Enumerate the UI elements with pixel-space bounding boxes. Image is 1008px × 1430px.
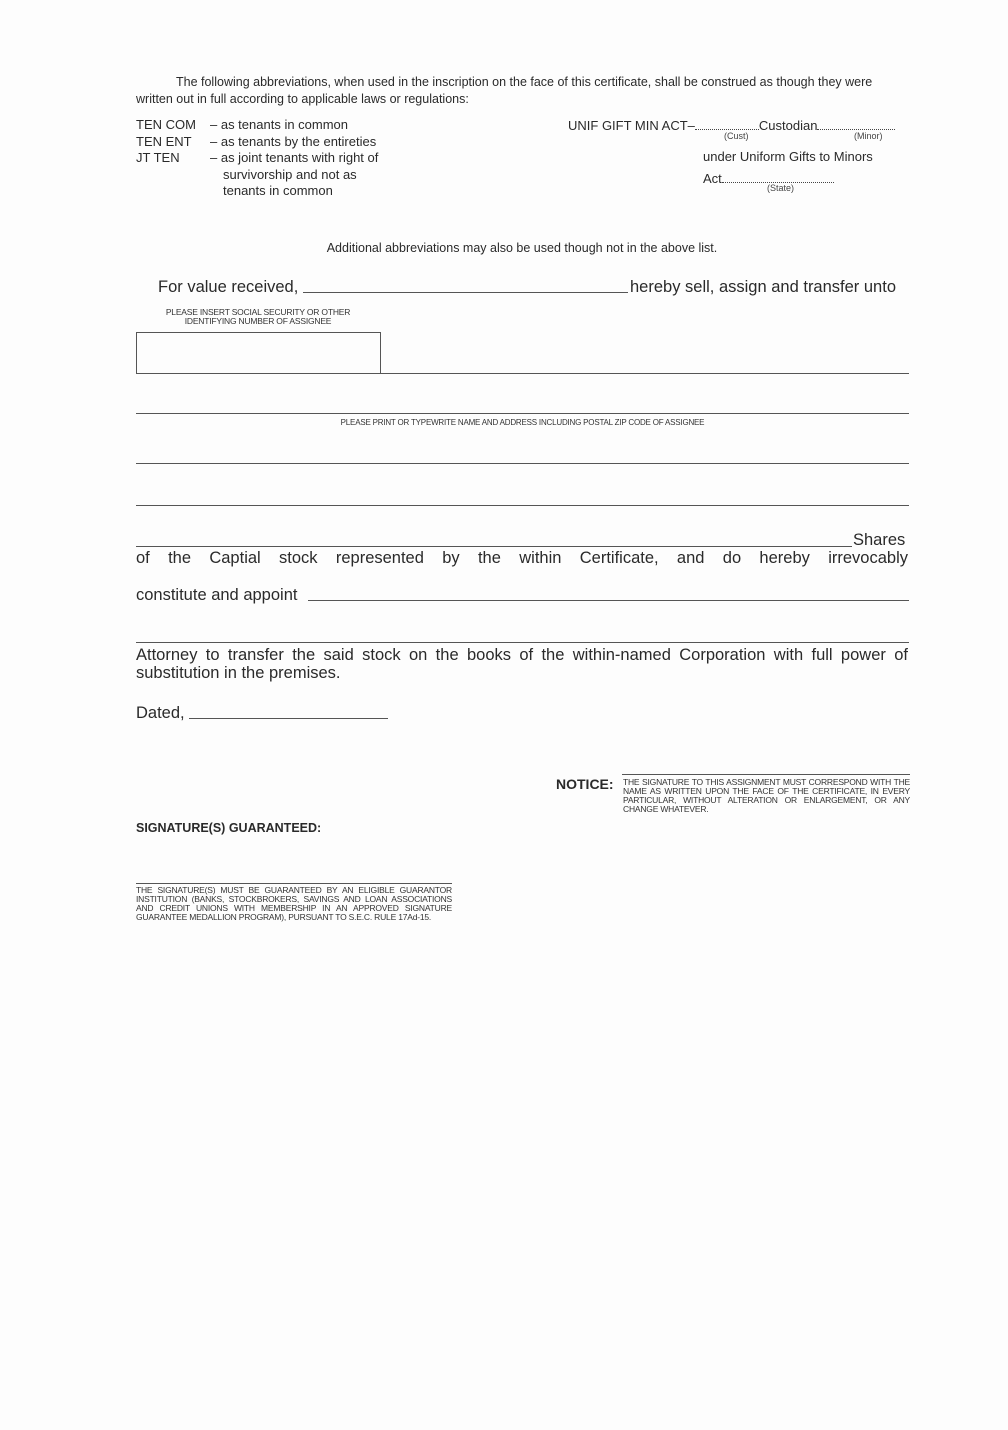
abbreviation-definition: – as joint tenants with right of survivo… [210, 150, 398, 200]
attorney-text: Attorney to transfer the said stock on t… [136, 646, 908, 682]
under-ugma-text: under Uniform Gifts to Minors [703, 149, 913, 164]
abbreviations-table: TEN COM – as tenants in common TEN ENT –… [136, 117, 400, 200]
ugma-block: UNIF GIFT MIN ACT–Custodian (Cust) (Mino… [568, 118, 913, 196]
capital-stock-text: of the Captial stock represented by the … [136, 549, 908, 568]
assignor-field[interactable] [303, 292, 628, 293]
notice-label: NOTICE: [556, 776, 614, 792]
shares-count-field[interactable] [136, 546, 852, 547]
intro-paragraph: The following abbreviations, when used i… [136, 74, 908, 108]
abbreviation-row: TEN COM – as tenants in common [136, 117, 400, 134]
state-caption: (State) [767, 183, 794, 193]
abbreviation-code: JT TEN [136, 150, 210, 200]
address-line-2[interactable] [136, 505, 909, 506]
custodian-label: Custodian [759, 118, 818, 133]
abbreviation-code: TEN COM [136, 117, 210, 134]
act-label: Act [703, 171, 722, 186]
date-field[interactable] [189, 718, 388, 719]
cust-caption: (Cust) [724, 131, 749, 141]
ugma-label: UNIF GIFT MIN ACT– [568, 118, 695, 133]
assignee-line-2[interactable] [136, 413, 909, 414]
abbreviation-row: TEN ENT – as tenants by the entireties [136, 134, 400, 151]
assignee-line-1[interactable] [380, 373, 909, 374]
dated-label: Dated, [136, 704, 185, 723]
ssn-caption: PLEASE INSERT SOCIAL SECURITY OR OTHER I… [136, 308, 380, 326]
guarantor-signature-line[interactable] [136, 883, 452, 884]
guarantee-text: THE SIGNATURE(S) MUST BE GUARANTEED BY A… [136, 886, 452, 922]
additional-abbreviations-note: Additional abbreviations may also be use… [136, 241, 908, 255]
for-value-label: For value received, [158, 278, 298, 297]
abbreviation-definition: – as tenants in common [210, 117, 400, 134]
abbreviation-row: JT TEN – as joint tenants with right of … [136, 150, 400, 200]
signature-line[interactable] [622, 774, 910, 775]
custodian-field[interactable] [695, 118, 759, 130]
attorney-name-line-2[interactable] [136, 642, 909, 643]
signature-guaranteed-heading: SIGNATURE(S) GUARANTEED: [136, 821, 321, 835]
name-address-caption: PLEASE PRINT OR TYPEWRITE NAME AND ADDRE… [136, 418, 909, 427]
minor-field[interactable] [817, 118, 895, 130]
constitute-label: constitute and appoint [136, 586, 297, 605]
ssn-input-box[interactable] [136, 332, 381, 374]
minor-caption: (Minor) [854, 131, 883, 141]
address-line-1[interactable] [136, 463, 909, 464]
transfer-clause: hereby sell, assign and transfer unto [630, 278, 896, 297]
attorney-name-field[interactable] [308, 600, 909, 601]
state-field[interactable] [722, 171, 834, 183]
notice-text: THE SIGNATURE TO THIS ASSIGNMENT MUST CO… [623, 778, 910, 814]
shares-label: Shares [853, 531, 905, 550]
abbreviation-code: TEN ENT [136, 134, 210, 151]
ssn-caption-line2: IDENTIFYING NUMBER OF ASSIGNEE [136, 317, 380, 326]
abbreviation-definition: – as tenants by the entireties [210, 134, 400, 151]
